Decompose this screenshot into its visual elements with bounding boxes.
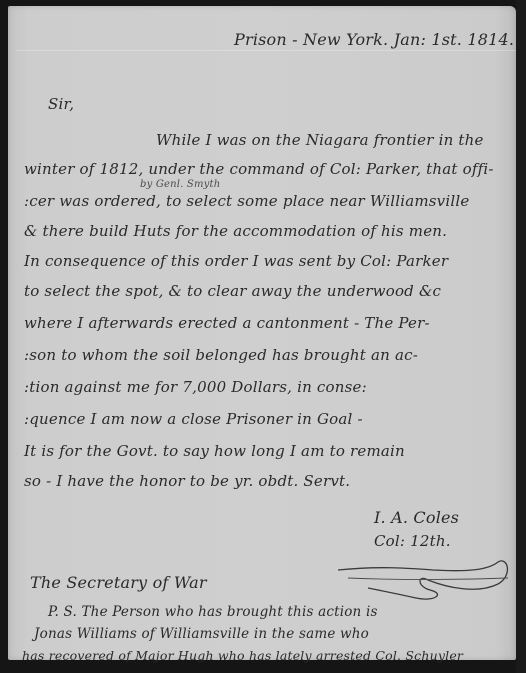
postscript-line: P. S. The Person who has brought this ac… (48, 604, 378, 620)
place-date-heading: Prison - New York. Jan: 1st. 1814. (234, 30, 514, 49)
body-line: winter of 1812, under the command of Col… (24, 160, 494, 178)
body-line: :cer was ordered, to select some place n… (24, 192, 469, 210)
body-line: & there build Huts for the accommodation… (24, 222, 447, 240)
body-line: :quence I am now a close Prisoner in Goa… (24, 410, 363, 428)
body-line: where I afterwards erected a cantonment … (24, 314, 430, 332)
body-line: While I was on the Niagara frontier in t… (156, 131, 484, 149)
addressee: The Secretary of War (30, 573, 207, 592)
interlinear-note: by Genl. Smyth (140, 179, 220, 190)
signature-name: I. A. Coles (374, 508, 459, 527)
body-line: It is for the Govt. to say how long I am… (24, 442, 405, 460)
body-line: In consequence of this order I was sent … (24, 252, 448, 270)
salutation: Sir, (48, 95, 74, 113)
body-line: so - I have the honor to be yr. obdt. Se… (24, 472, 350, 490)
paper-fold (16, 50, 524, 51)
body-line: :son to whom the soil belonged has broug… (24, 346, 418, 364)
body-line: :tion against me for 7,000 Dollars, in c… (24, 378, 367, 396)
signature-title: Col: 12th. (374, 532, 451, 550)
letter-page: Prison - New York. Jan: 1st. 1814. Sir, … (8, 6, 516, 660)
signature-flourish-icon (338, 558, 518, 608)
postscript-line: has recovered of Major Hugh who has late… (22, 648, 463, 663)
scan-border (516, 0, 526, 673)
postscript-line: Jonas Williams of Williamsville in the s… (34, 626, 369, 642)
body-line: to select the spot, & to clear away the … (24, 282, 441, 300)
